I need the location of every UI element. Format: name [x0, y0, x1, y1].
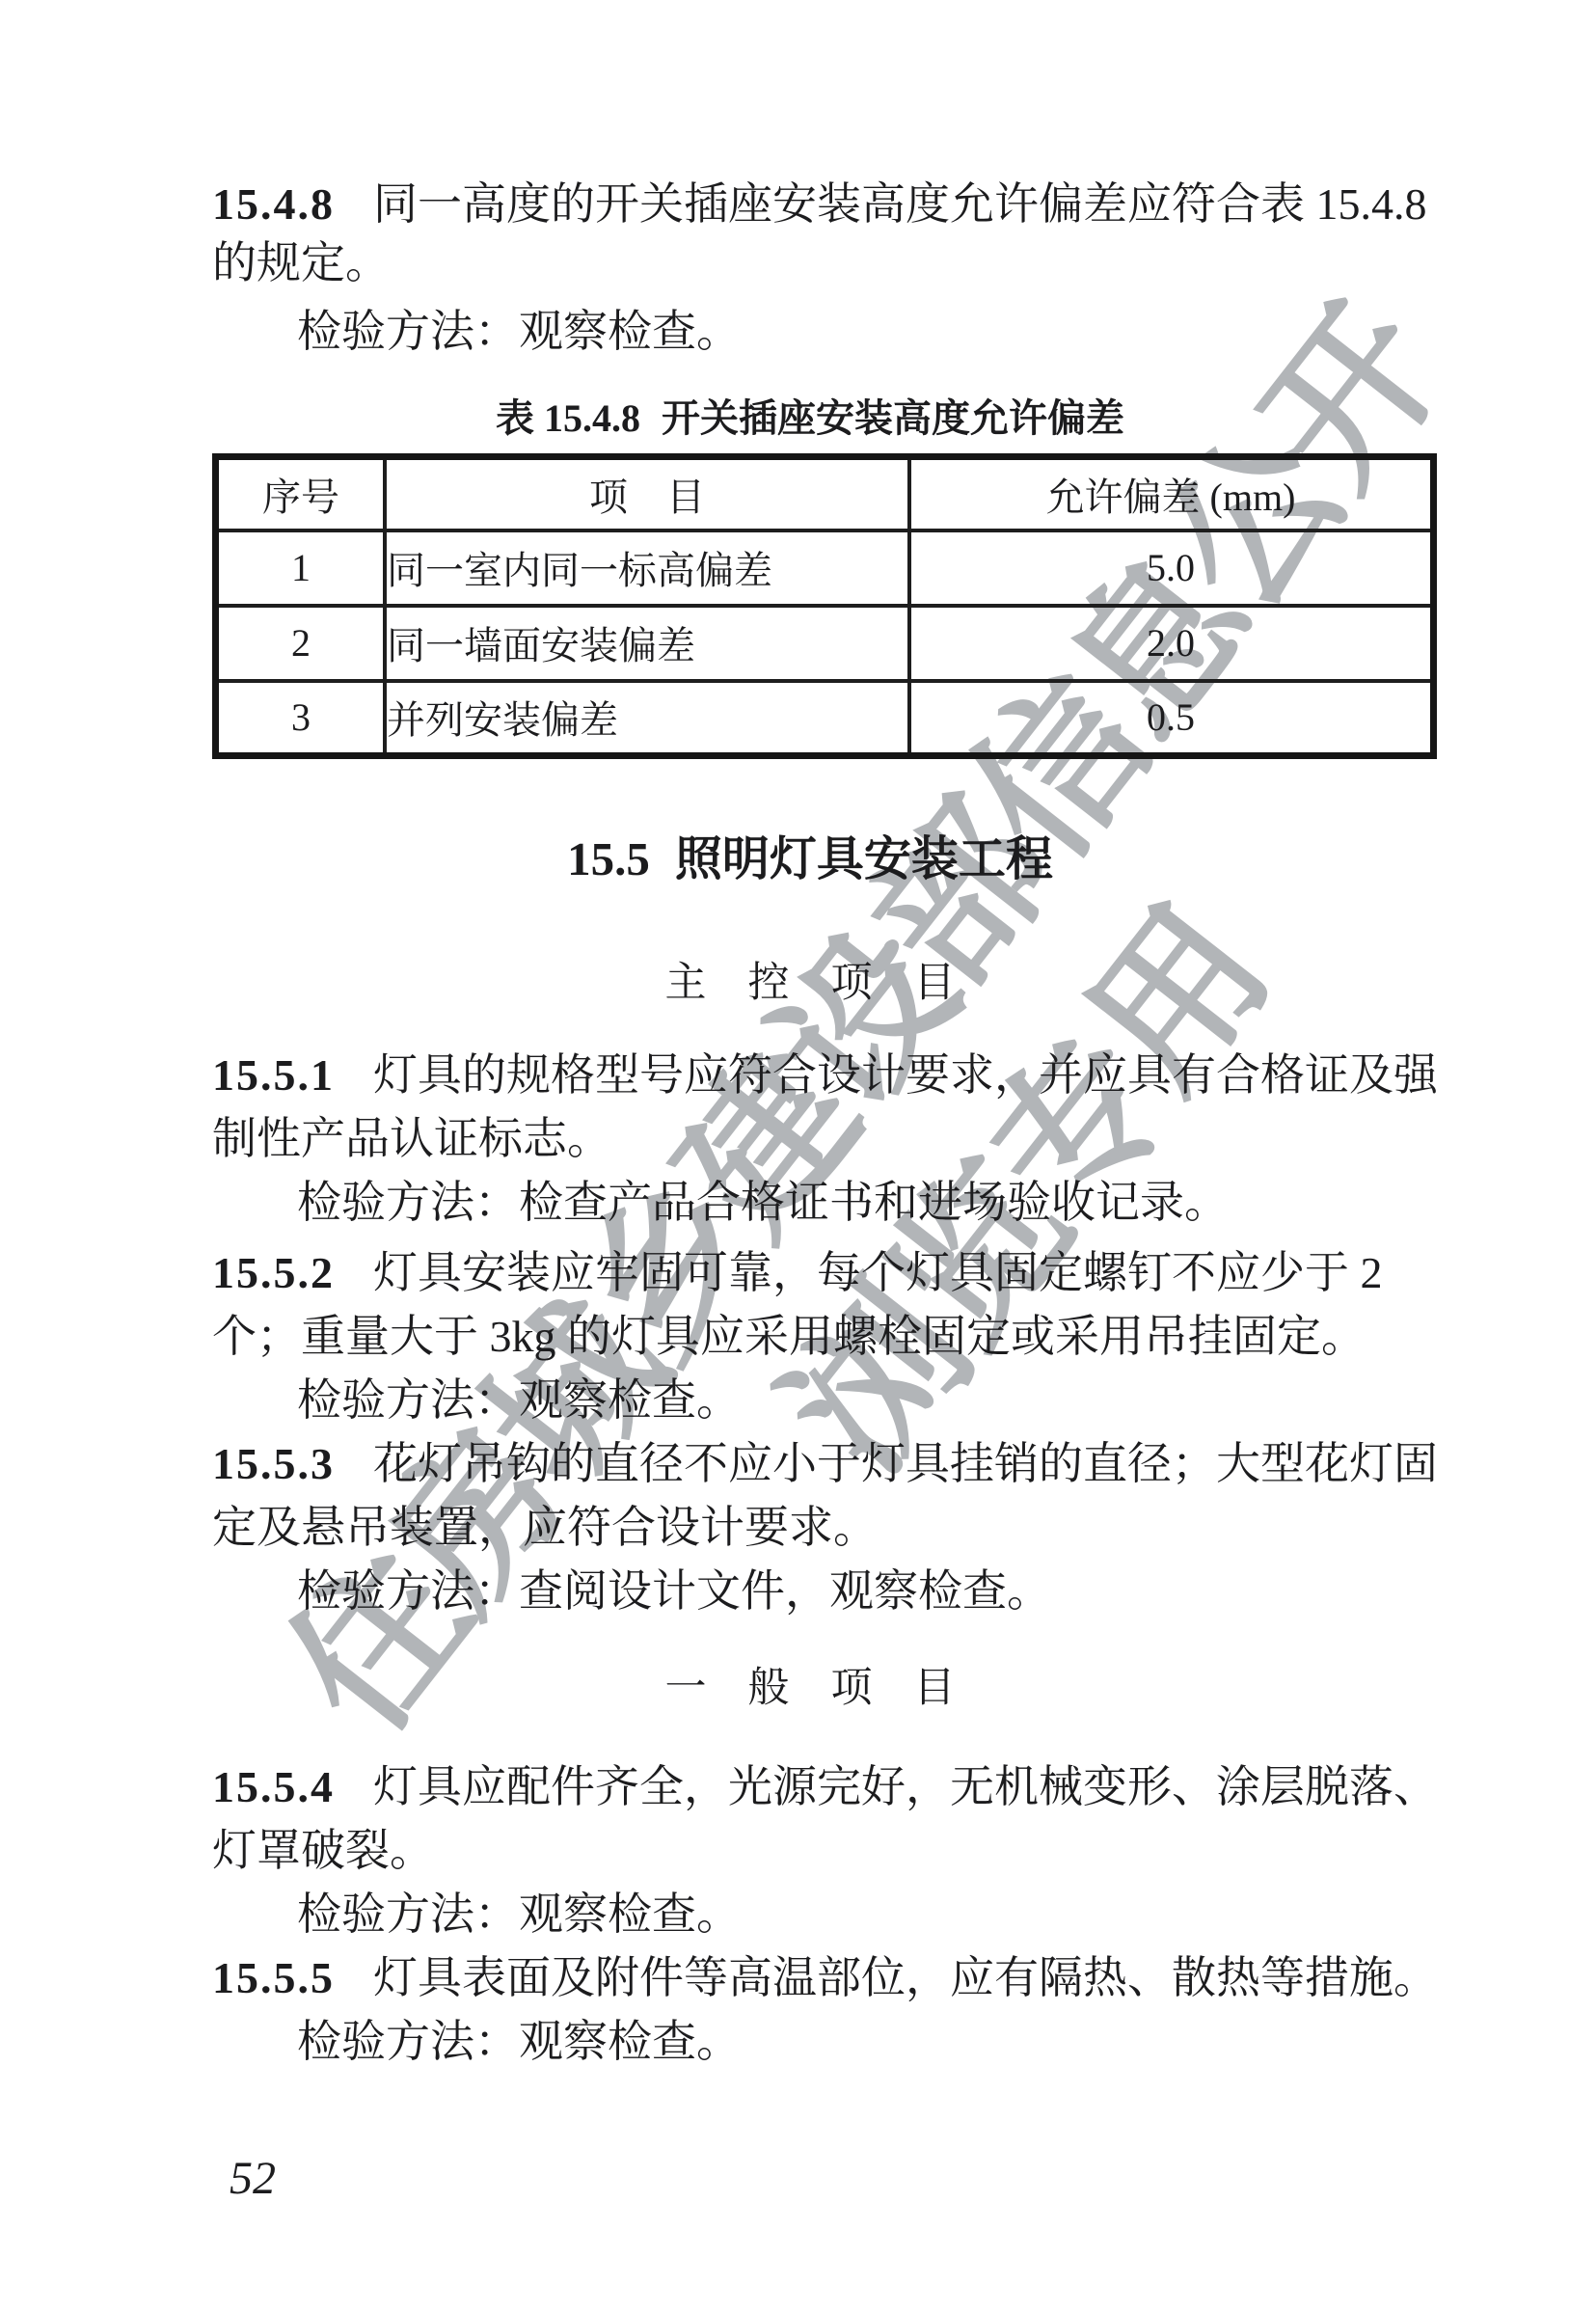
clause-15-4-8-method: 检验方法：观察检查。 — [297, 300, 741, 364]
clause-text: 灯具的规格型号应符合设计要求，并应具有合格证及强 — [373, 1050, 1438, 1100]
cell-item: 同一室内同一标高偏差 — [385, 530, 909, 606]
clause-number: 15.5.2 — [212, 1248, 335, 1297]
table-row: 3 并列安装偏差 0.5 — [216, 681, 1434, 756]
table-row: 2 同一墙面安装偏差 2.0 — [216, 606, 1434, 681]
cell-deviation: 5.0 — [909, 530, 1434, 606]
table-caption: 表 15.4.8开关插座安装高度允许偏差 — [203, 392, 1418, 446]
clause-text: 灯具安装应牢固可靠，每个灯具固定螺钉不应少于 2 — [373, 1248, 1383, 1297]
clause-number: 15.5.1 — [212, 1050, 335, 1100]
clause-15-5-3-line1: 15.5.3花灯吊钩的直径不应小于灯具挂销的直径；大型花灯固 — [212, 1432, 1438, 1496]
table-caption-title: 开关插座安装高度允许偏差 — [662, 397, 1124, 440]
subhead-main-control-items: 主 控 项 目 — [203, 958, 1418, 1010]
clause-15-5-5-method: 检验方法：观察检查。 — [297, 2010, 741, 2074]
header-seq: 序号 — [216, 457, 386, 530]
cell-deviation: 2.0 — [909, 606, 1434, 681]
cell-seq: 2 — [216, 606, 386, 681]
clause-number: 15.5.4 — [212, 1762, 335, 1811]
cell-seq: 1 — [216, 530, 386, 606]
document-page: 住房城乡建设部信息公开 浏览专用 15.4.8同一高度的开关插座安装高度允许偏差… — [0, 0, 1596, 2311]
section-15-5-heading: 15.5照明灯具安装工程 — [203, 831, 1418, 887]
clause-15-5-1-method: 检验方法：检查产品合格证书和进场验收记录。 — [297, 1171, 1229, 1235]
section-number: 15.5 — [567, 832, 650, 885]
clause-15-5-1-line2: 制性产品认证标志。 — [212, 1107, 611, 1171]
table-row: 1 同一室内同一标高偏差 5.0 — [216, 530, 1434, 606]
table-caption-number: 表 15.4.8 — [496, 396, 640, 440]
tolerance-table: 序号 项 目 允许偏差 (mm) 1 同一室内同一标高偏差 5.0 2 同一墙面… — [212, 453, 1437, 759]
clause-15-5-1-line1: 15.5.1灯具的规格型号应符合设计要求，并应具有合格证及强 — [212, 1044, 1438, 1107]
clause-15-5-4-line1: 15.5.4灯具应配件齐全，光源完好，无机械变形、涂层脱落、 — [212, 1755, 1438, 1819]
clause-15-5-2-method: 检验方法：观察检查。 — [297, 1369, 741, 1432]
cell-item: 同一墙面安装偏差 — [385, 606, 909, 681]
section-title: 照明灯具安装工程 — [675, 833, 1053, 885]
clause-text: 花灯吊钩的直径不应小于灯具挂销的直径；大型花灯固 — [373, 1439, 1438, 1488]
table-header-row: 序号 项 目 允许偏差 (mm) — [216, 457, 1434, 530]
cell-item: 并列安装偏差 — [385, 681, 909, 756]
cell-deviation: 0.5 — [909, 681, 1434, 756]
clause-15-5-3-line2: 定及悬吊装置，应符合设计要求。 — [212, 1496, 878, 1560]
clause-15-5-4-line2: 灯罩破裂。 — [212, 1819, 434, 1883]
subhead-general-items: 一 般 项 目 — [203, 1663, 1418, 1715]
clause-number: 15.5.3 — [212, 1439, 335, 1488]
clause-number: 15.4.8 — [212, 179, 335, 229]
clause-15-5-2-line1: 15.5.2灯具安装应牢固可靠，每个灯具固定螺钉不应少于 2 — [212, 1241, 1383, 1305]
page-number: 52 — [230, 2147, 276, 2211]
header-item: 项 目 — [385, 457, 909, 530]
clause-15-5-5-line1: 15.5.5灯具表面及附件等高温部位，应有隔热、散热等措施。 — [212, 1946, 1438, 2010]
clause-15-4-8-line1: 15.4.8同一高度的开关插座安装高度允许偏差应符合表 15.4.8 — [212, 173, 1427, 236]
cell-seq: 3 — [216, 681, 386, 756]
clause-number: 15.5.5 — [212, 1953, 335, 2002]
clause-15-5-3-method: 检验方法：查阅设计文件，观察检查。 — [297, 1560, 1051, 1623]
clause-15-5-2-line2: 个；重量大于 3kg 的灯具应采用螺栓固定或采用吊挂固定。 — [212, 1305, 1366, 1369]
clause-15-4-8-line2: 的规定。 — [212, 231, 390, 295]
clause-15-5-4-method: 检验方法：观察检查。 — [297, 1883, 741, 1946]
header-deviation: 允许偏差 (mm) — [909, 457, 1434, 530]
clause-text: 灯具应配件齐全，光源完好，无机械变形、涂层脱落、 — [373, 1762, 1438, 1811]
clause-text: 同一高度的开关插座安装高度允许偏差应符合表 15.4.8 — [373, 179, 1427, 229]
clause-text: 灯具表面及附件等高温部位，应有隔热、散热等措施。 — [373, 1953, 1438, 2002]
